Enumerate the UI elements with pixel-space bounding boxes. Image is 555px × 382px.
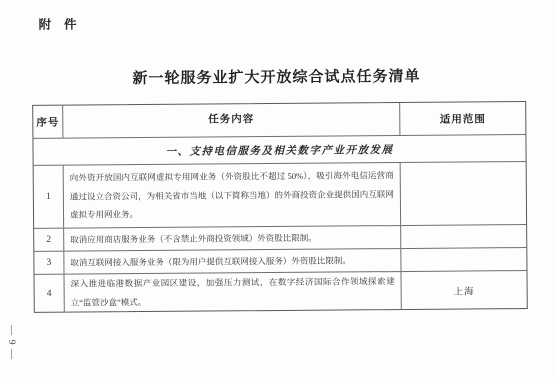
row-serial: 1 — [34, 166, 64, 228]
section-header: 一、支持电信服务及相关数字产业开放发展 — [33, 135, 525, 166]
table-header-row: 序号 任务内容 适用范围 — [33, 102, 525, 139]
row-serial: 2 — [34, 229, 64, 251]
row-scope — [401, 225, 526, 248]
row-serial: 3 — [34, 252, 64, 274]
page-title: 新一轮服务业扩大开放综合试点任务清单 — [0, 64, 554, 89]
row-task-content: 向外资开放国内互联网虚拟专用网业务（外资股比不超过 50%），吸引海外电信运营商… — [64, 163, 401, 228]
col-header-serial: 序号 — [33, 106, 63, 138]
col-header-scope: 适用范围 — [400, 102, 525, 135]
row-task-content: 取消应用商店服务业务（不含禁止外商投资领域）外资股比限制。 — [64, 226, 401, 251]
attachment-label: 附 件 — [38, 15, 78, 33]
row-scope — [401, 162, 526, 225]
row-task-content: 深入推进临港数据产业园区建设，加强压力测试，在数字经济国际合作领域探索建立“监管… — [65, 272, 402, 312]
scanned-page: 附 件 新一轮服务业扩大开放综合试点任务清单 序号 任务内容 适用范围 一、支持… — [0, 0, 555, 382]
row-scope: 上海 — [401, 271, 526, 309]
row-serial: 4 — [35, 275, 65, 312]
table-row: 4 深入推进临港数据产业园区建设，加强压力测试，在数字经济国际合作领域探索建立“… — [35, 271, 527, 312]
table-row: 1 向外资开放国内互联网虚拟专用网业务（外资股比不超过 50%），吸引海外电信运… — [34, 162, 526, 229]
row-task-content: 取消互联网接入服务业务（限为用户提供互联网接入服务）外资股比限制。 — [64, 249, 401, 274]
page-number-text: — 9 — — [5, 325, 16, 360]
task-table: 序号 任务内容 适用范围 一、支持电信服务及相关数字产业开放发展 1 向外资开放… — [32, 101, 528, 313]
row-scope — [401, 248, 526, 271]
col-header-task-content: 任务内容 — [63, 103, 400, 138]
page-number: — 9 — — [0, 316, 22, 368]
